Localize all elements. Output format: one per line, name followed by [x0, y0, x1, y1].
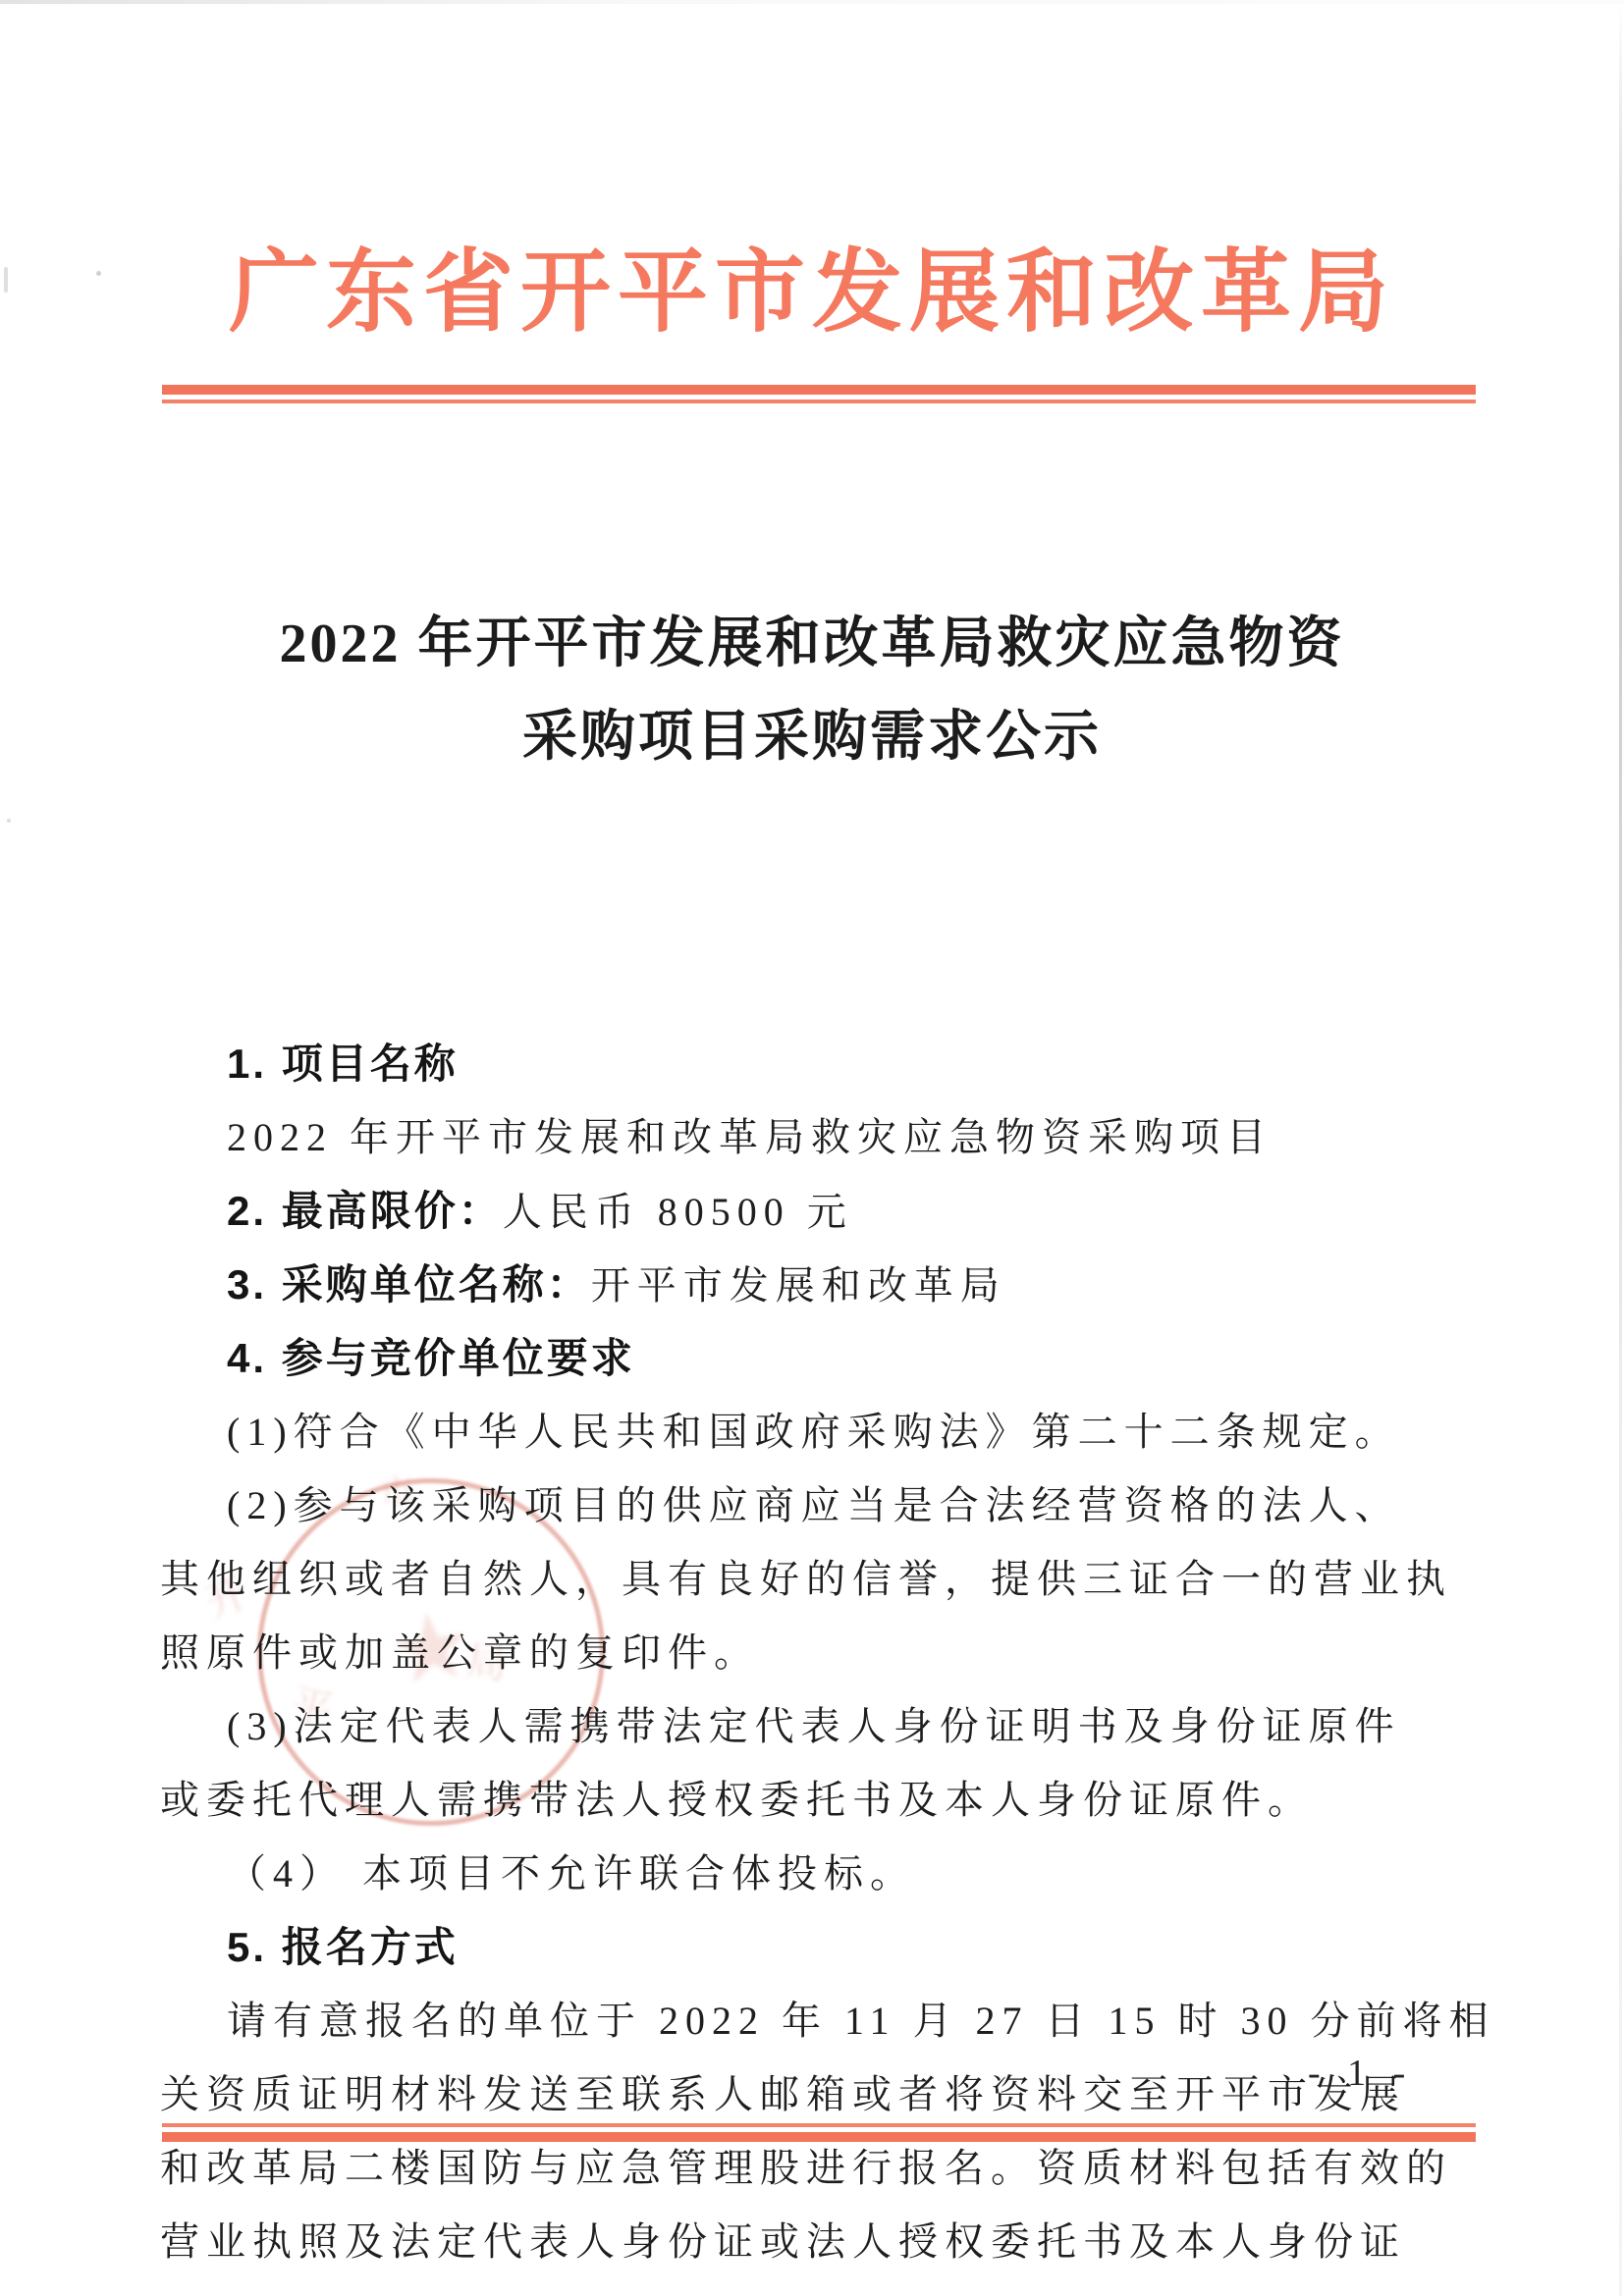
body-text: 2022 年开平市发展和改革局救灾应急物资采购项目 [227, 1115, 1272, 1159]
body-line: 5. 报名方式 [160, 1910, 1478, 1984]
body-line: （4） 本项目不允许联合体投标。 [160, 1837, 1478, 1910]
body-line: 3. 采购单位名称：开平市发展和改革局 [160, 1248, 1478, 1321]
body-text: 照原件或加盖公章的复印件。 [160, 1630, 760, 1675]
body-text: 请有意报名的单位于 2022 年 11 月 27 日 15 时 30 分前将相 [227, 1999, 1495, 2043]
body-text: （4） 本项目不允许联合体投标。 [227, 1851, 916, 1896]
body-heading-text: 2. 最高限价： [227, 1188, 503, 1234]
body-heading-text: 5. 报名方式 [227, 1924, 459, 1970]
body-line: 营业执照及法定代表人身份证或法人授权委托书及本人身份证 [160, 2205, 1478, 2278]
body-line: (1)符合《中华人民共和国政府采购法》第二十二条规定。 [160, 1395, 1478, 1468]
body-line: 或委托代理人需携带法人授权委托书及本人身份证原件。 [160, 1763, 1478, 1837]
body-line: 其他组织或者自然人，具有良好的信誉，提供三证合一的营业执 [160, 1542, 1478, 1616]
body-line: 请有意报名的单位于 2022 年 11 月 27 日 15 时 30 分前将相 [160, 1984, 1478, 2057]
body-text: 其他组织或者自然人，具有良好的信誉，提供三证合一的营业执 [160, 1557, 1452, 1601]
body-text: 开平市发展和改革局 [591, 1263, 1006, 1308]
body-line: (3)法定代表人需携带法定代表人身份证明书及身份证原件 [160, 1689, 1478, 1763]
document-title-line1: 2022 年开平市发展和改革局救灾应急物资 [0, 598, 1624, 691]
body-text: 关资质证明材料发送至联系人邮箱或者将资料交至开平市发展 [160, 2072, 1406, 2116]
scan-edge-shadow-right [1619, 0, 1622, 2296]
scan-speck [7, 819, 11, 823]
body-line: 关资质证明材料发送至联系人邮箱或者将资料交至开平市发展 [160, 2057, 1478, 2131]
body-heading-text: 3. 采购单位名称： [227, 1261, 591, 1308]
body-line: 和改革局二楼国防与应急管理股进行报名。资质材料包括有效的 [160, 2131, 1478, 2205]
letterhead-agency-title: 广东省开平市发展和改革局 [0, 241, 1624, 344]
letterhead-rule-thick [162, 385, 1476, 395]
body-text: (3)法定代表人需携带法定代表人身份证明书及身份证原件 [227, 1704, 1401, 1748]
body-line: 1. 项目名称 [160, 1027, 1478, 1100]
body-text: (1)符合《中华人民共和国政府采购法》第二十二条规定。 [227, 1410, 1401, 1454]
body-text: 和改革局二楼国防与应急管理股进行报名。资质材料包括有效的 [160, 2146, 1452, 2190]
scan-edge-shadow-top [0, 0, 1624, 4]
body-text: 或委托代理人需携带法人授权委托书及本人身份证原件。 [160, 1778, 1314, 1822]
document-title-line2: 采购项目采购需求公示 [0, 691, 1624, 784]
body-line: 2. 最高限价：人民币 80500 元 [160, 1174, 1478, 1248]
body-heading-text: 1. 项目名称 [227, 1041, 459, 1087]
body-line: 2022 年开平市发展和改革局救灾应急物资采购项目 [160, 1100, 1478, 1174]
body-heading-text: 4. 参与竞价单位要求 [227, 1335, 635, 1381]
body-text: 营业执照及法定代表人身份证或法人授权委托书及本人身份证 [160, 2219, 1406, 2264]
body-line: 照原件或加盖公章的复印件。 [160, 1616, 1478, 1689]
document-title: 2022 年开平市发展和改革局救灾应急物资 采购项目采购需求公示 [0, 598, 1624, 784]
scanned-document-page: 广东省开平市发展和改革局 2022 年开平市发展和改革局救灾应急物资 采购项目采… [0, 0, 1624, 2296]
body-line: 4. 参与竞价单位要求 [160, 1321, 1478, 1395]
body-line: (2)参与该采购项目的供应商应当是合法经营资格的法人、 [160, 1468, 1478, 1542]
body-text: (2)参与该采购项目的供应商应当是合法经营资格的法人、 [227, 1483, 1401, 1527]
letterhead-rule-thin [162, 400, 1476, 403]
document-body: 1. 项目名称2022 年开平市发展和改革局救灾应急物资采购项目2. 最高限价：… [160, 1027, 1478, 2278]
body-text: 人民币 80500 元 [503, 1190, 853, 1234]
